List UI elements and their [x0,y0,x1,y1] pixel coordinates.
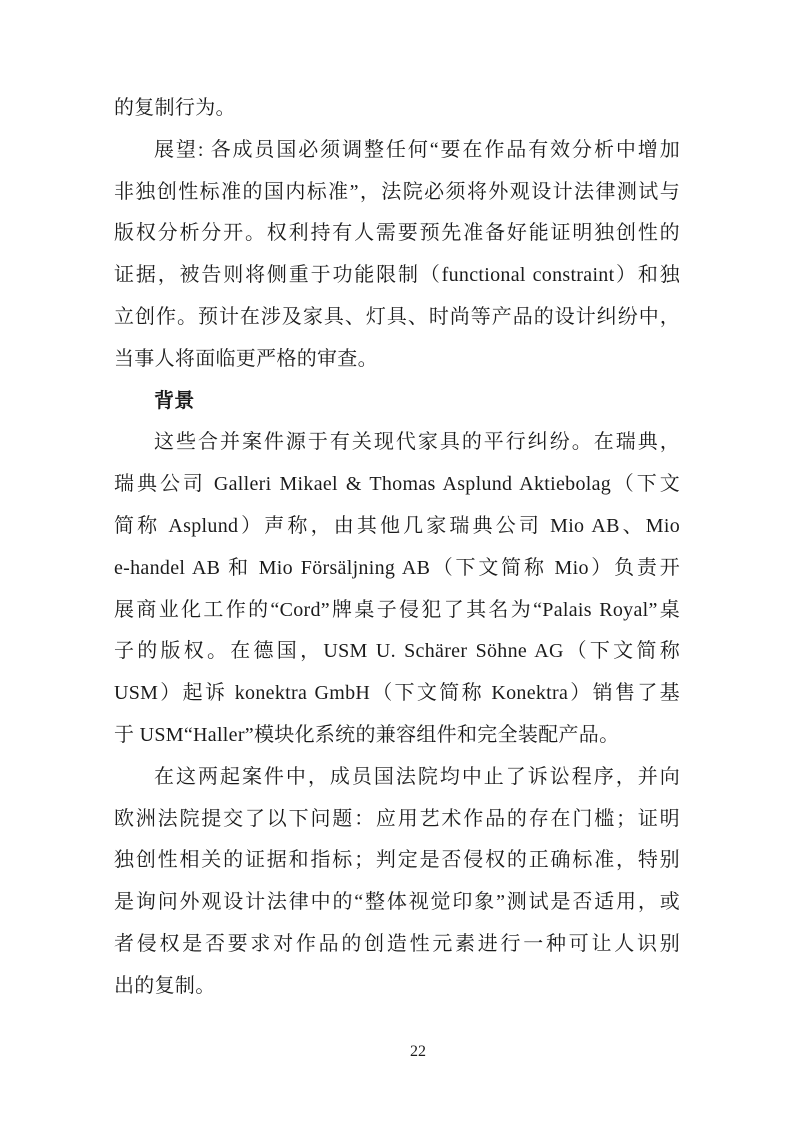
text-line: 立创作。预计在涉及家具、灯具、时尚等产品的设计纠纷中， [114,297,680,339]
text-line: 在这两起案件中，成员国法院均中止了诉讼程序，并向 [114,757,680,799]
text-line: 者侵权是否要求对作品的创造性元素进行一种可让人识别 [114,924,680,966]
text-line: 瑞典公司 Galleri Mikael & Thomas Asplund Akt… [114,464,680,506]
text-content: 的复制行为。展望: 各成员国必须调整任何“要在作品有效分析中增加非独创性标准的国… [114,88,680,1008]
text-line: 版权分析分开。权利持有人需要预先准备好能证明独创性的 [114,213,680,255]
text-line: 出的复制。 [114,966,680,1008]
text-line: 是询问外观设计法律中的“整体视觉印象”测试是否适用，或 [114,882,680,924]
text-line: 子的版权。在德国，USM U. Schärer Söhne AG（下文简称 [114,631,680,673]
text-line: 简称 Asplund）声称，由其他几家瑞典公司 Mio AB、Mio [114,506,680,548]
page-number: 22 [378,1042,458,1062]
text-line: 于 USM“Haller”模块化系统的兼容组件和完全装配产品。 [114,715,680,757]
text-line: USM）起诉 konektra GmbH（下文简称 Konektra）销售了基 [114,673,680,715]
text-line: 欧洲法院提交了以下问题：应用艺术作品的存在门槛；证明 [114,799,680,841]
text-line: e-handel AB 和 Mio Försäljning AB（下文简称 Mi… [114,548,680,590]
document-page: 的复制行为。展望: 各成员国必须调整任何“要在作品有效分析中增加非独创性标准的国… [0,0,793,1122]
text-line: 独创性相关的证据和指标；判定是否侵权的正确标准，特别 [114,840,680,882]
text-line: 展商业化工作的“Cord”牌桌子侵犯了其名为“Palais Royal”桌 [114,590,680,632]
text-line: 当事人将面临更严格的审查。 [114,339,680,381]
text-line: 证据，被告则将侧重于功能限制（functional constraint）和独 [114,255,680,297]
section-heading: 背景 [114,381,680,423]
text-line: 非独创性标准的国内标准”，法院必须将外观设计法律测试与 [114,172,680,214]
text-line: 这些合并案件源于有关现代家具的平行纠纷。在瑞典， [114,422,680,464]
text-line: 展望: 各成员国必须调整任何“要在作品有效分析中增加 [114,130,680,172]
text-line: 的复制行为。 [114,88,680,130]
